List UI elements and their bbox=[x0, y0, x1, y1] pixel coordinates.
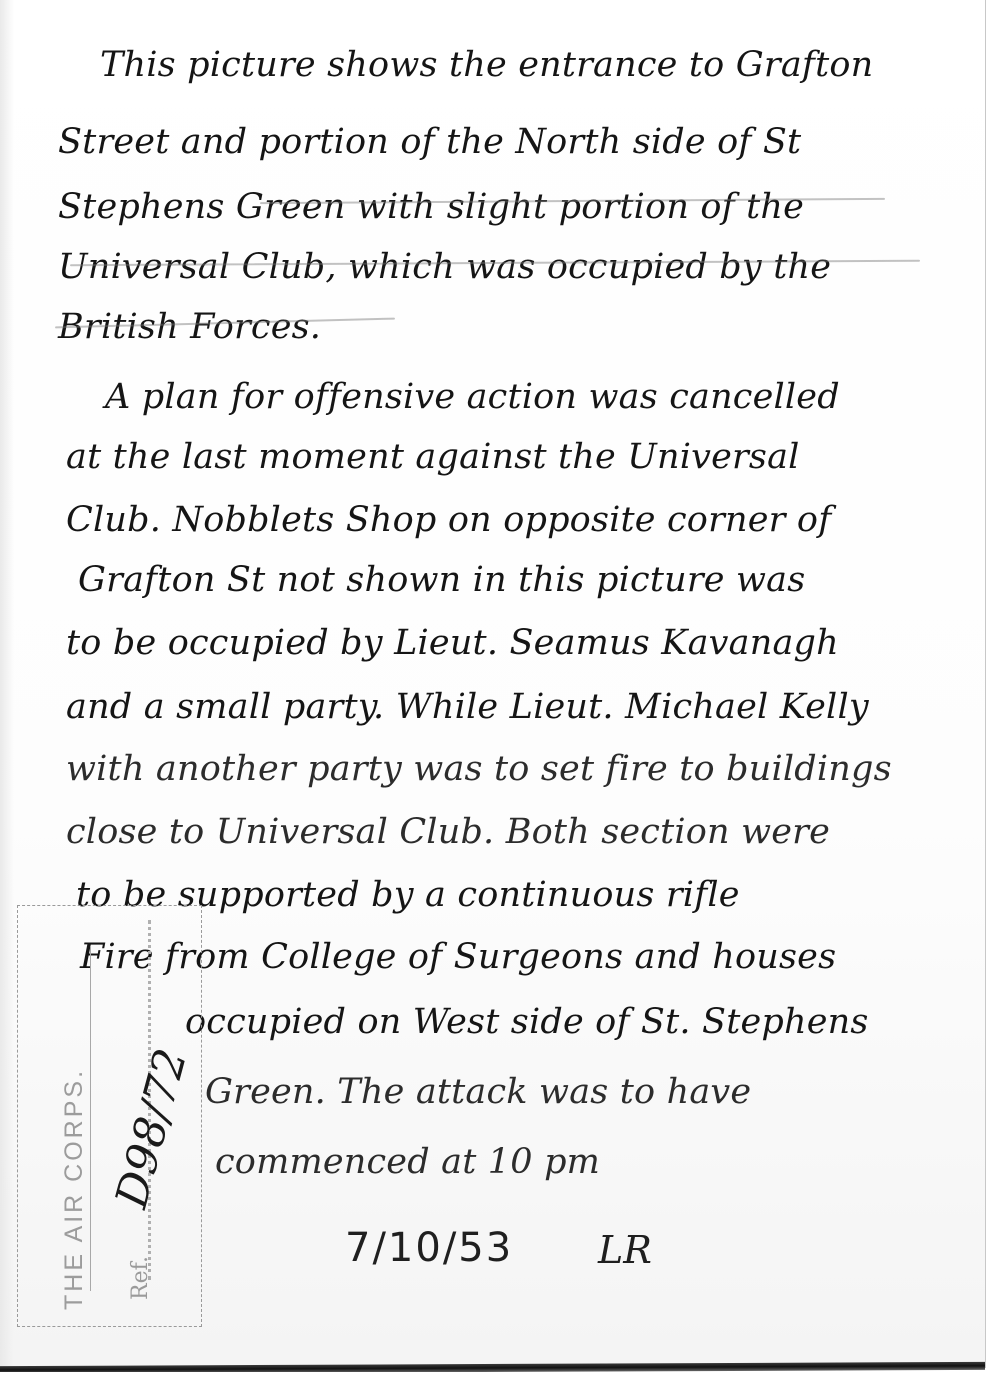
handwritten-line: close to Universal Club. Both section we… bbox=[66, 815, 830, 850]
handwritten-line: Street and portion of the North side of … bbox=[58, 125, 801, 160]
handwritten-line: Stephens Green with slight portion of th… bbox=[58, 190, 804, 225]
handwritten-line: Universal Club, which was occupied by th… bbox=[58, 250, 831, 285]
handwritten-line: Green. The attack was to have bbox=[205, 1075, 751, 1110]
handwritten-line: A plan for offensive action was cancelle… bbox=[105, 380, 840, 415]
handwritten-line: and a small party. While Lieut. Michael … bbox=[66, 690, 869, 725]
stamp-title: THE AIR CORPS. bbox=[60, 1068, 89, 1310]
handwritten-line: commenced at 10 pm bbox=[215, 1145, 600, 1180]
background bbox=[0, 1372, 1000, 1395]
handwritten-line: to be occupied by Lieut. Seamus Kavanagh bbox=[66, 626, 839, 661]
stamp-ref-label: Ref. bbox=[128, 1256, 153, 1300]
handwritten-line: This picture shows the entrance to Graft… bbox=[100, 48, 873, 83]
handwritten-line: British Forces. bbox=[58, 310, 321, 345]
handwritten-line: occupied on West side of St. Stephens bbox=[185, 1005, 869, 1040]
handwritten-line: at the last moment against the Universal bbox=[66, 440, 800, 475]
stamp-divider bbox=[90, 946, 91, 1291]
paper-edge-shadow bbox=[0, 0, 14, 1368]
handwritten-line: with another party was to set fire to bu… bbox=[66, 752, 892, 787]
author-initials: LR bbox=[598, 1228, 652, 1272]
document-date: 7/10/53 bbox=[345, 1225, 513, 1271]
handwritten-line: Club. Nobblets Shop on opposite corner o… bbox=[66, 503, 831, 538]
handwritten-line: Grafton St not shown in this picture was bbox=[78, 563, 805, 598]
